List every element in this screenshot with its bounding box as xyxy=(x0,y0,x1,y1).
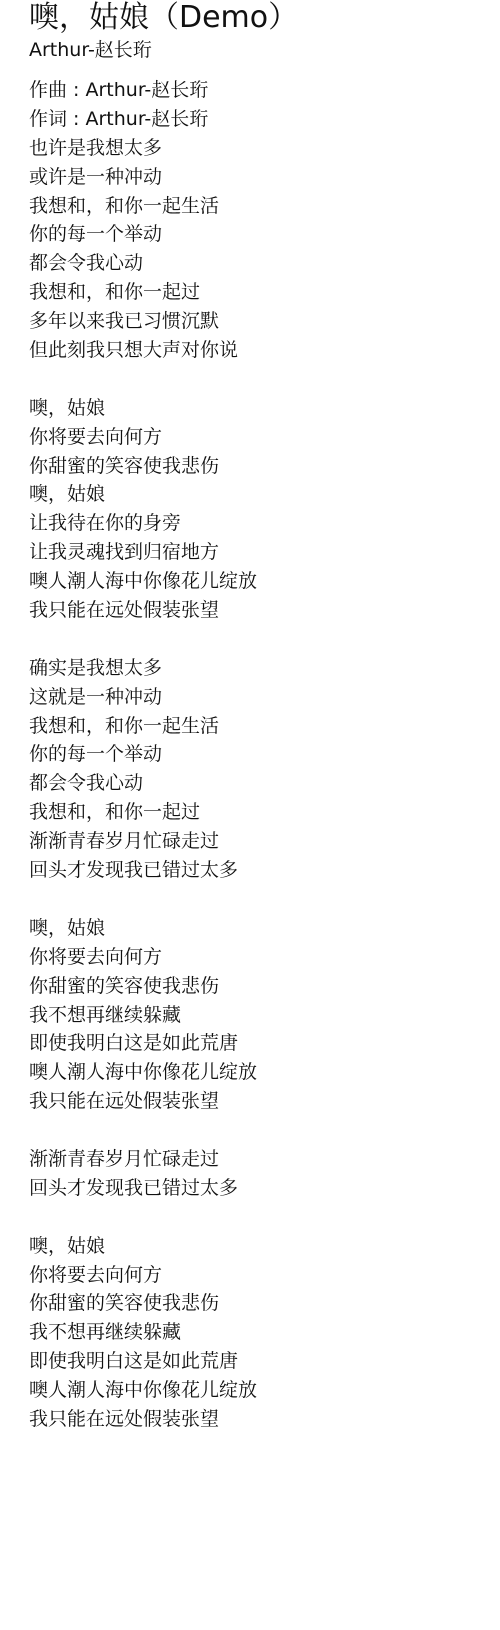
lyrics-page: 噢，姑娘（Demo） Arthur-赵长珩 作曲 : Arthur-赵长珩作词 … xyxy=(0,0,500,1434)
lyric-line: 你的每一个举动 xyxy=(29,740,500,769)
lyric-line: 即使我明白这是如此荒唐 xyxy=(29,1347,500,1376)
song-title: 噢，姑娘（Demo） xyxy=(29,0,500,36)
lyric-line: 你甜蜜的笑容使我悲伤 xyxy=(29,1289,500,1318)
lyrics-body: 作曲 : Arthur-赵长珩作词 : Arthur-赵长珩也许是我想太多或许是… xyxy=(29,76,500,1434)
lyric-line: 我想和，和你一起过 xyxy=(29,278,500,307)
lyric-line: 回头才发现我已错过太多 xyxy=(29,1174,500,1203)
song-artist: Arthur-赵长珩 xyxy=(29,37,500,63)
lyric-line: 我想和，和你一起生活 xyxy=(29,192,500,221)
lyric-line: 多年以来我已习惯沉默 xyxy=(29,307,500,336)
lyric-line: 你将要去向何方 xyxy=(29,1261,500,1290)
stanza-break xyxy=(29,885,500,914)
lyric-line: 作曲 : Arthur-赵长珩 xyxy=(29,76,500,105)
lyric-line: 渐渐青春岁月忙碌走过 xyxy=(29,1145,500,1174)
lyric-line: 噢人潮人海中你像花儿绽放 xyxy=(29,1376,500,1405)
lyric-line: 你甜蜜的笑容使我悲伤 xyxy=(29,972,500,1001)
lyric-line: 我不想再继续躲藏 xyxy=(29,1318,500,1347)
lyric-line: 噢人潮人海中你像花儿绽放 xyxy=(29,1058,500,1087)
lyric-line: 我只能在远处假装张望 xyxy=(29,1087,500,1116)
lyric-line: 你将要去向何方 xyxy=(29,943,500,972)
lyric-line: 但此刻我只想大声对你说 xyxy=(29,336,500,365)
lyric-line: 让我灵魂找到归宿地方 xyxy=(29,538,500,567)
lyric-line: 你将要去向何方 xyxy=(29,423,500,452)
lyric-line: 噢人潮人海中你像花儿绽放 xyxy=(29,567,500,596)
lyric-line: 我不想再继续躲藏 xyxy=(29,1001,500,1030)
lyric-line: 都会令我心动 xyxy=(29,249,500,278)
lyric-line: 噢，姑娘 xyxy=(29,480,500,509)
lyric-line: 确实是我想太多 xyxy=(29,654,500,683)
lyric-line: 即使我明白这是如此荒唐 xyxy=(29,1029,500,1058)
lyric-line: 我只能在远处假装张望 xyxy=(29,1405,500,1434)
lyric-line: 噢，姑娘 xyxy=(29,914,500,943)
lyric-line: 我想和，和你一起过 xyxy=(29,798,500,827)
lyric-line: 都会令我心动 xyxy=(29,769,500,798)
lyric-line: 噢，姑娘 xyxy=(29,1232,500,1261)
lyric-line: 作词 : Arthur-赵长珩 xyxy=(29,105,500,134)
lyric-line: 或许是一种冲动 xyxy=(29,163,500,192)
lyric-line: 你的每一个举动 xyxy=(29,220,500,249)
stanza-break xyxy=(29,1116,500,1145)
lyric-line: 这就是一种冲动 xyxy=(29,683,500,712)
stanza-break xyxy=(29,1203,500,1232)
lyric-line: 我只能在远处假装张望 xyxy=(29,596,500,625)
lyric-line: 你甜蜜的笑容使我悲伤 xyxy=(29,452,500,481)
stanza-break xyxy=(29,365,500,394)
lyric-line: 噢，姑娘 xyxy=(29,394,500,423)
lyric-line: 渐渐青春岁月忙碌走过 xyxy=(29,827,500,856)
lyric-line: 我想和，和你一起生活 xyxy=(29,712,500,741)
lyric-line: 回头才发现我已错过太多 xyxy=(29,856,500,885)
stanza-break xyxy=(29,625,500,654)
lyric-line: 也许是我想太多 xyxy=(29,134,500,163)
lyric-line: 让我待在你的身旁 xyxy=(29,509,500,538)
